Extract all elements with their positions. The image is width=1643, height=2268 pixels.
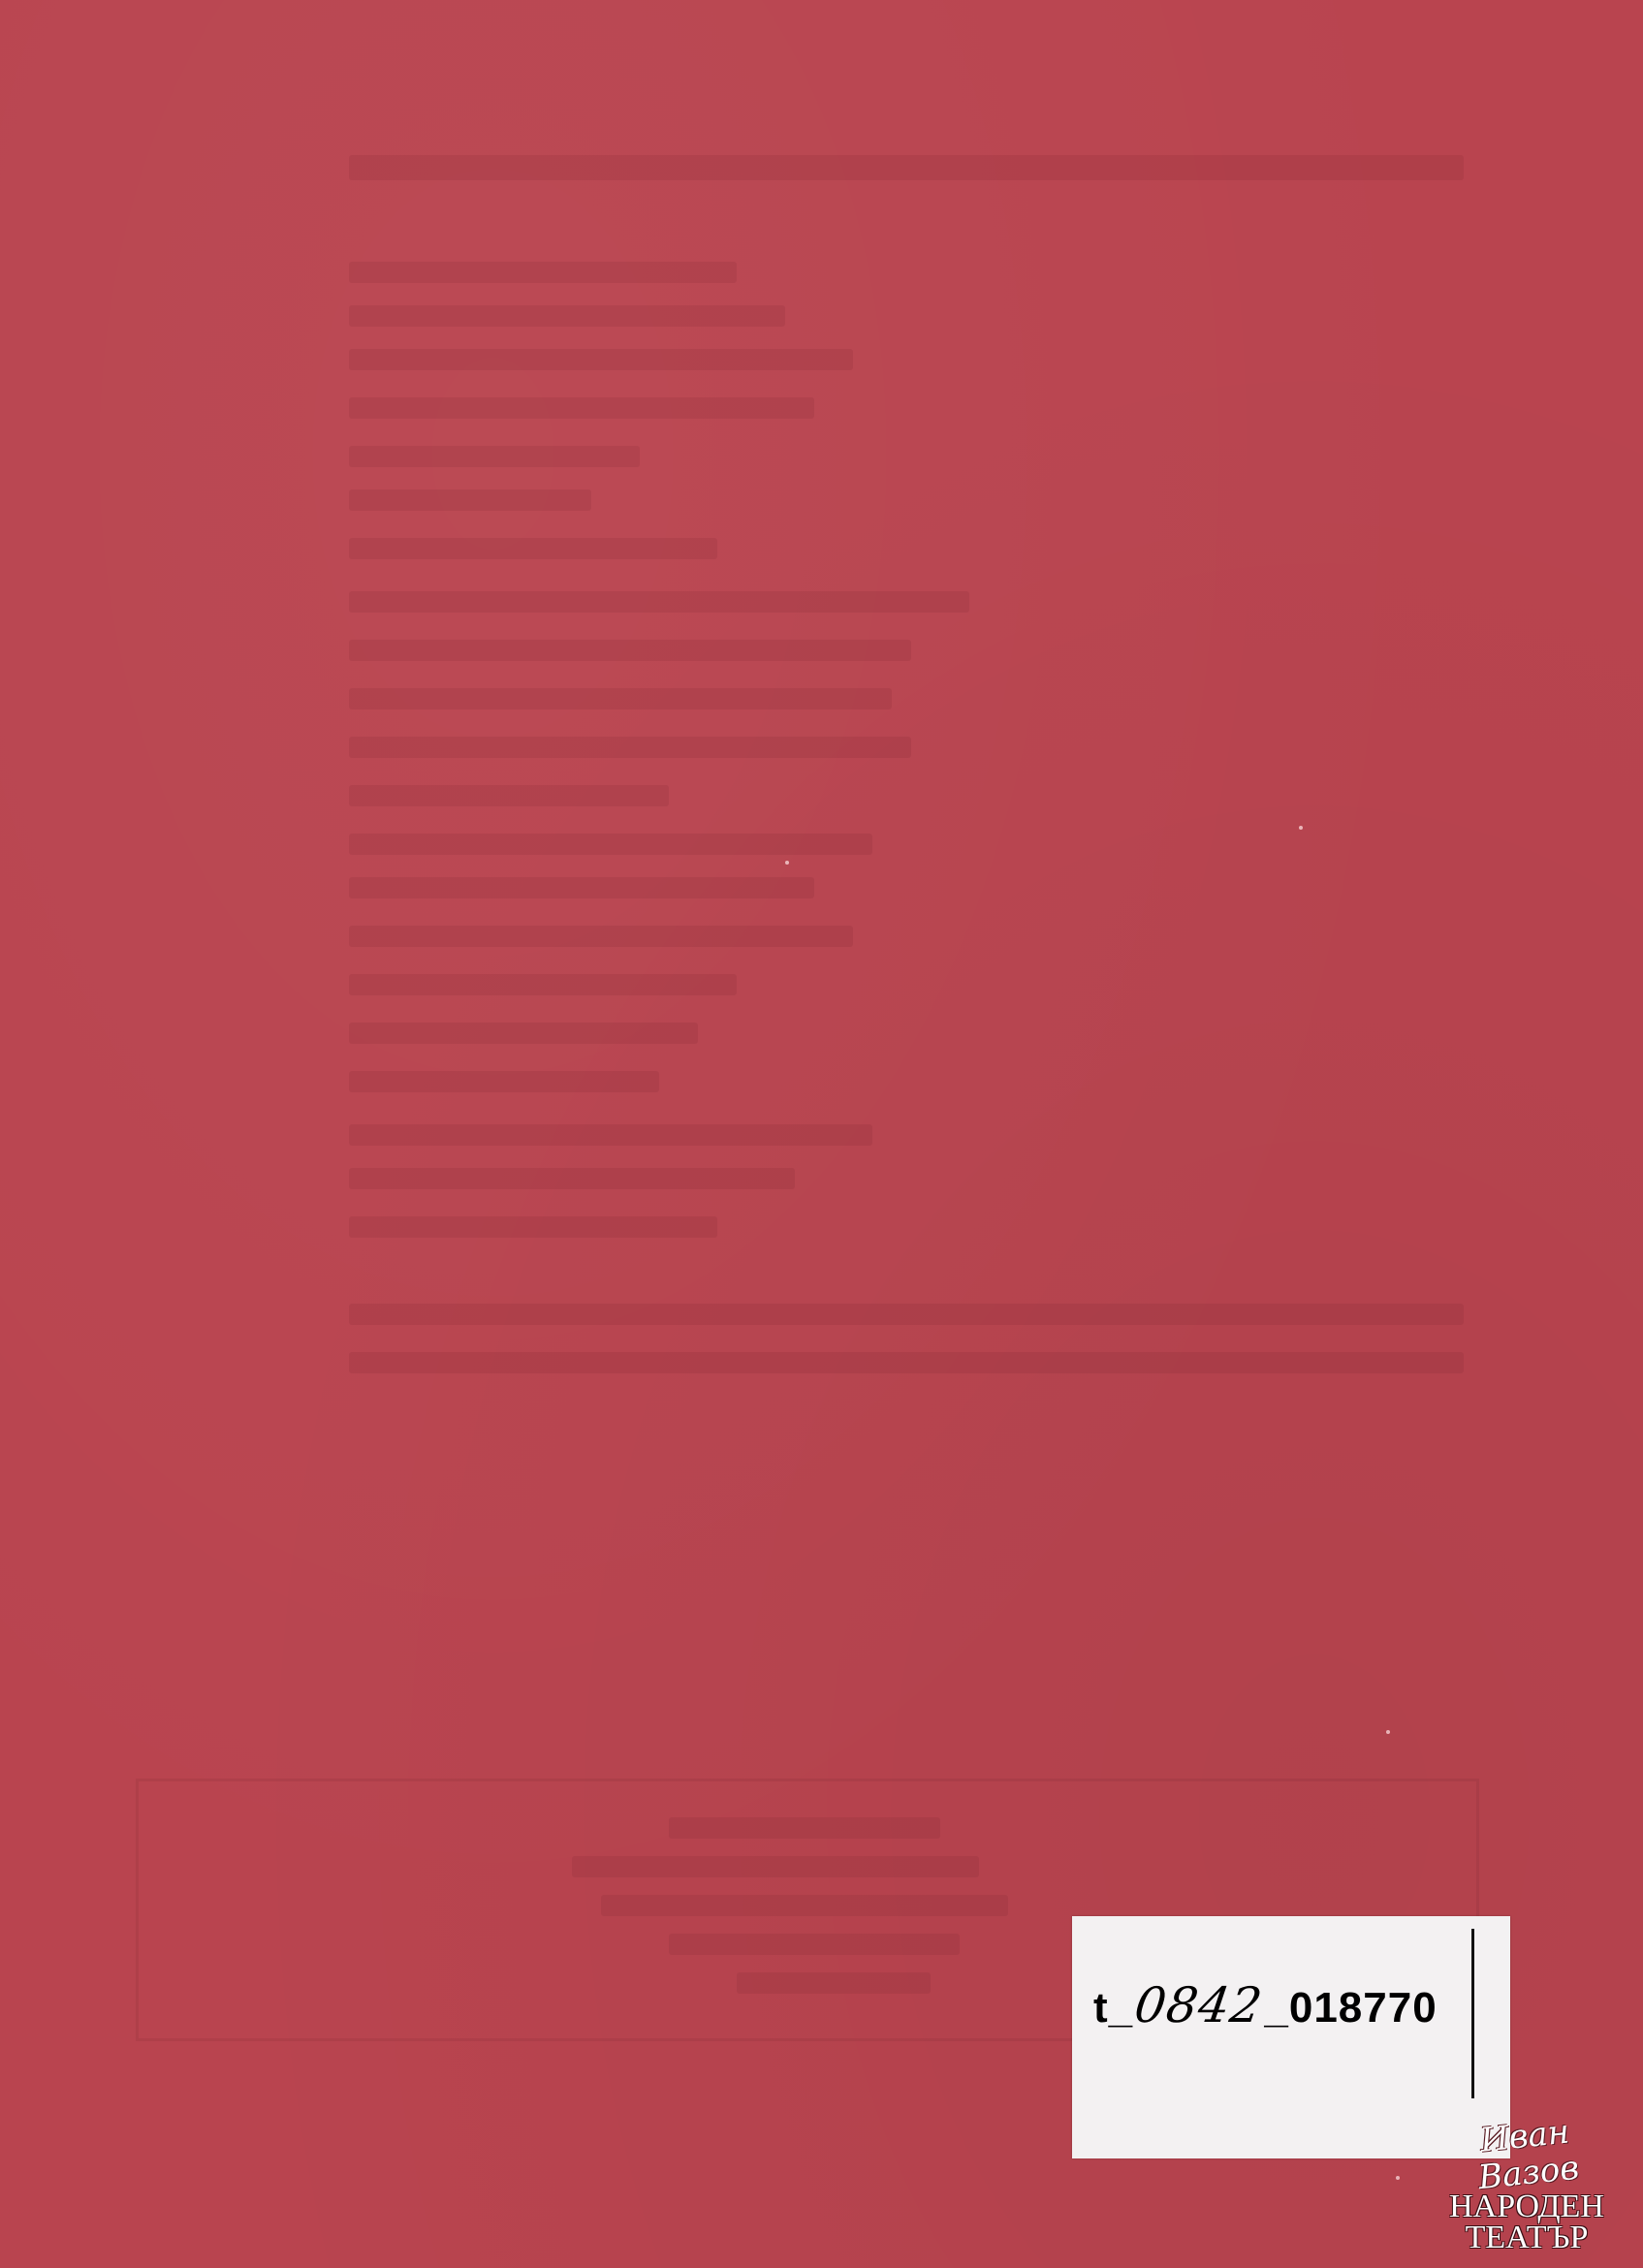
paper-speck [785, 861, 789, 865]
paper-speck [1386, 1730, 1390, 1734]
paper-speck [1299, 826, 1303, 830]
archive-id: t_0842_018770 [1093, 1977, 1438, 2033]
national-theatre-logo: Иван Вазов НАРОДЕН ТЕАТЪР [1430, 2118, 1624, 2253]
logo-line-2: ТЕАТЪР [1430, 2222, 1624, 2253]
archive-id-separator: _ [1264, 1984, 1288, 2032]
paper-speck [1396, 2176, 1400, 2180]
label-divider-line [1471, 1929, 1474, 2098]
logo-signature: Иван Вазов [1427, 2108, 1627, 2201]
archive-id-prefix: t_ [1093, 1984, 1133, 2032]
archive-id-handwritten: 0842 [1131, 1977, 1266, 2033]
archive-id-number: 018770 [1289, 1984, 1438, 2032]
